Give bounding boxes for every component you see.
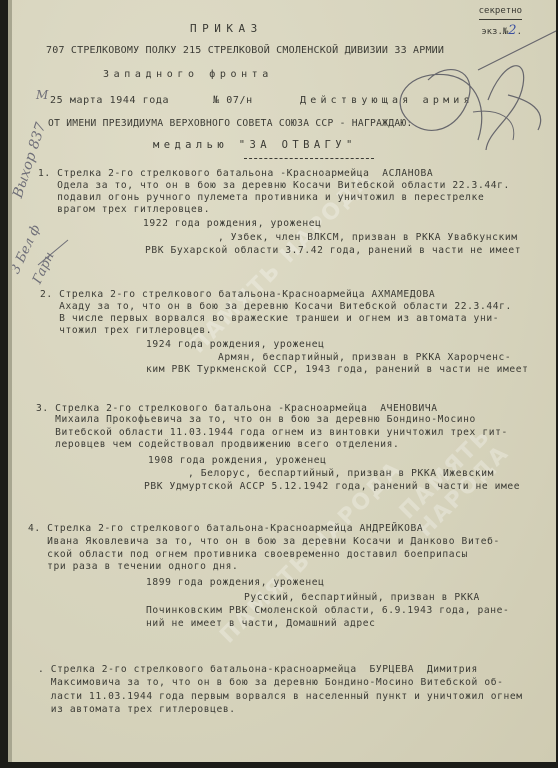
entry-line: Максимовича за то, что он в бою за дерев… [38,677,503,688]
bio-line: Армян, беспартийный, призван в РККА Харо… [218,352,511,363]
bio-line: 1924 года рождения, уроженец [146,339,325,350]
entry-line: 4. Стрелка 2-го стрелкового батальона-Кр… [28,523,423,534]
entry-line: 3. Стрелка 2-го стрелкового батальона -К… [36,403,438,414]
pencil-signature-scrawl [8,0,556,762]
entry-line: 1. Стрелка 2-го стрелкового батальона -К… [38,168,433,179]
order-document-page: ПАМЯТЬ НАРОДА ПАМЯТЬ НАРОДА ПАМЯТЬ НАРОД… [8,0,556,762]
entry-line: ской области под огнем противника своевр… [28,549,468,560]
entry-line: врагом трех гитлеровцев. [38,204,210,215]
bio-line: ким РВК Туркменской ССР, 1943 года, ране… [146,364,529,375]
entry-line: подавил огонь ручного пулемета противник… [38,192,484,203]
entry-line: Михаила Прокофьевича за то, что он в бою… [36,414,476,425]
page-left-edge [8,0,12,762]
order-number: № 07/н [213,95,253,106]
entry-line: В числе первых ворвался во вражеские тра… [40,313,499,324]
bio-line: Русский, беспартийный, призван в РККА [244,592,480,603]
bio-line: ний не имеет в части, Домашний адрес [146,618,376,629]
bio-line: 1922 года рождения, уроженец [143,218,322,229]
bio-line: РВК Бухарской области 3.7.42 года, ранен… [145,245,521,256]
secrecy-stamp: секретно экз.№2. [479,6,522,38]
handwritten-date-mark: М [36,88,48,102]
copy-number-value: 2 [508,23,516,38]
unit-line: 707 СТРЕЛКОВОМУ ПОЛКУ 215 СТРЕЛКОВОЙ СМО… [46,45,444,56]
order-date: 25 марта 1944 года [50,95,169,106]
bio-line: , Узбек, член ВЛКСМ, призван в РККА Уваб… [218,232,518,243]
handwritten-margin-note: Гарн [30,250,58,286]
document-title: ПРИКАЗ [190,22,263,35]
entry-line: ласти 11.03.1944 года первым ворвался в … [38,691,523,702]
bio-line: РВК Удмуртской АССР 5.12.1942 года, ране… [144,481,520,492]
entry-line: 2. Стрелка 2-го стрелкового батальона-Кр… [40,289,435,300]
secrecy-label: секретно [479,6,522,20]
bio-line: , Белорус, беспартийный, призван в РККА … [188,468,494,479]
title-underline [244,158,374,159]
entry-line: леровцев чем содействовал продвижению вс… [36,439,399,450]
copy-number-label: экз.№ [481,27,508,37]
entry-line: чтожил трех гитлеровцев. [40,325,212,336]
entry-line: Ивана Яковлевича за то, что он в бою за … [28,536,500,547]
entry-line: три раза в течении одного дня. [28,561,238,572]
preamble: ОТ ИМЕНИ ПРЕЗИДИУМА ВЕРХОВНОГО СОВЕТА СО… [48,118,413,129]
entry-line: . Стрелка 2-го стрелкового батальона-кра… [38,664,478,675]
award-name: медалью "ЗА ОТВАГУ" [153,139,357,151]
bio-line: 1908 года рождения, уроженец [148,455,327,466]
bio-line: 1899 года рождения, уроженец [146,577,325,588]
bio-line: Починковским РВК Смоленской области, 6.9… [146,605,509,616]
entry-line: Витебской области 11.03.1944 года огнем … [36,427,508,438]
entry-line: Одела за то, что он в бою за деревню Кос… [38,180,510,191]
order-location: Действующая армия [300,95,474,106]
entry-line: Ахаду за то, что он в бою за деревню Кос… [40,301,512,312]
entry-line: из автомата трех гитлеровцев. [38,704,236,715]
front-line: Западного фронта [103,69,273,80]
